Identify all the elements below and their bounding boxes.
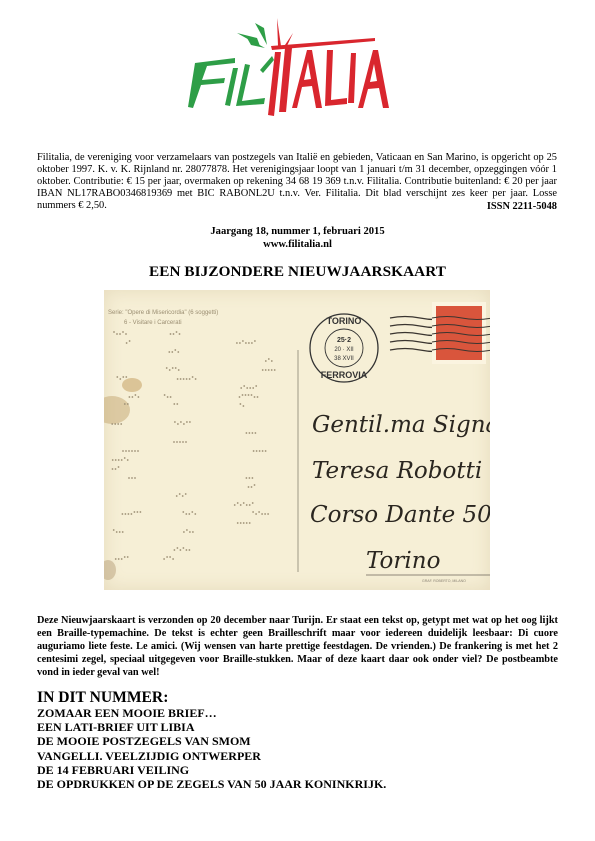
contents-item: DE 14 FEBRUARI VEILING <box>37 763 386 777</box>
svg-text:38 XVII: 38 XVII <box>334 356 354 362</box>
svg-text:25·2: 25·2 <box>337 337 351 344</box>
contents-item: VANGELLI. VEELZIJDIG ONTWERPER <box>37 749 386 763</box>
contents-heading: IN DIT NUMMER: <box>37 689 386 706</box>
svg-text:Teresa Robotti: Teresa Robotti <box>312 458 482 484</box>
svg-text:Torino: Torino <box>366 548 440 574</box>
printer-credit: GRAF. ROBERTO, MILANO <box>422 579 466 583</box>
svg-text:TORINO: TORINO <box>327 316 362 326</box>
postmark-icon: TORINO FERROVIA 25·2 20 · XII 38 XVII <box>310 314 378 382</box>
article-title: EEN BIJZONDERE NIEUWJAARSKAART <box>0 263 595 281</box>
article-body: Deze Nieuwjaarskaart is verzonden op 20 … <box>37 615 558 680</box>
typed-header-1: Serie: "Opere di Misericordia" (6 sogget… <box>108 310 218 316</box>
svg-text:Corso Dante 50: Corso Dante 50 <box>310 502 490 528</box>
issue-line: Jaargang 18, nummer 1, februari 2015 <box>0 226 595 239</box>
association-info: Filitalia, de vereniging voor verzamelaa… <box>37 152 557 212</box>
contents-list: ZOMAAR EEN MOOIE BRIEF… EEN LATI-BRIEF U… <box>37 706 386 791</box>
braille-dots <box>111 331 275 560</box>
svg-text:Gentil.ma Signa: Gentil.ma Signa <box>312 412 490 438</box>
contents-item: DE MOOIE POSTZEGELS VAN SMOM <box>37 734 386 748</box>
logo-green-part <box>188 23 274 108</box>
contents-item: ZOMAAR EEN MOOIE BRIEF… <box>37 706 386 720</box>
issn: ISSN 2211-5048 <box>487 201 557 212</box>
handwritten-address: Gentil.ma Signa Teresa Robotti Corso Dan… <box>310 412 490 574</box>
svg-text:20 · XII: 20 · XII <box>334 347 354 353</box>
typed-header-2: 6 - Visitare i Carcerati <box>124 320 182 326</box>
table-of-contents: IN DIT NUMMER: ZOMAAR EEN MOOIE BRIEF… E… <box>37 689 386 791</box>
website-link[interactable]: www.filitalia.nl <box>0 239 595 252</box>
filitalia-logo <box>175 8 420 120</box>
svg-text:FERROVIA: FERROVIA <box>321 370 368 380</box>
contents-item: DE OPDRUKKEN OP DE ZEGELS VAN 50 JAAR KO… <box>37 777 386 791</box>
stamp-icon <box>432 302 490 364</box>
contents-item: EEN LATI-BRIEF UIT LIBIA <box>37 720 386 734</box>
postcard-image: Serie: "Opere di Misericordia" (6 sogget… <box>104 290 490 590</box>
issue-info: Jaargang 18, nummer 1, februari 2015 www… <box>0 226 595 251</box>
logo-red-part <box>268 18 389 116</box>
